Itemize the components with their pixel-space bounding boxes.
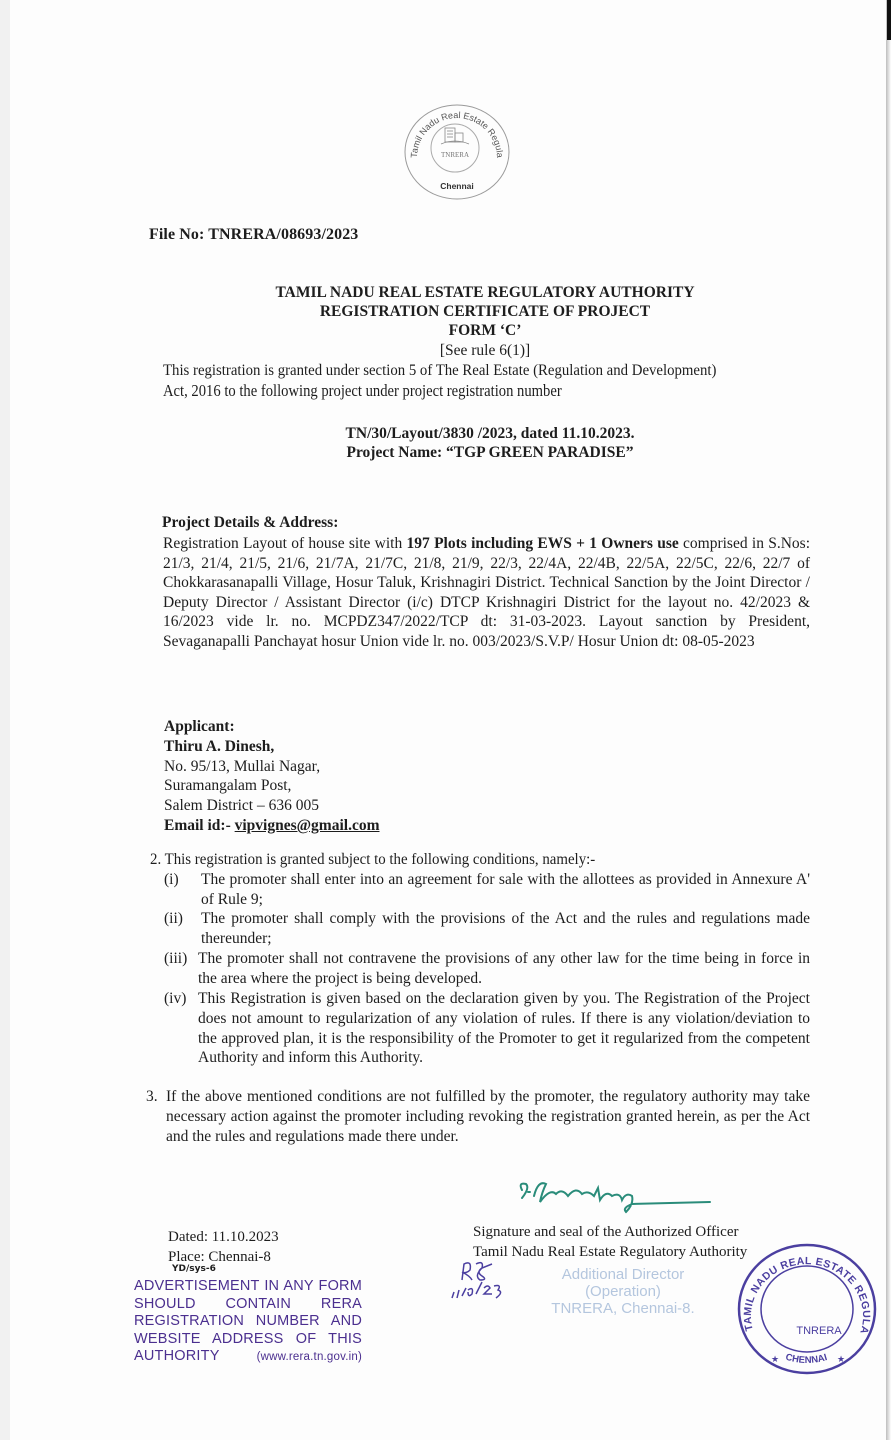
intro-line-2: Act, 2016 to the following project under… [163, 381, 562, 401]
project-details-title: Project Details & Address: [162, 514, 338, 532]
building-icon [441, 128, 469, 144]
condition-text: This Registration is given based on the … [198, 989, 810, 1068]
condition-number: (iv) [164, 989, 186, 1009]
svg-text:Tamil Nadu Real Estate Regulat: Tamil Nadu Real Estate Regulatory Author… [403, 100, 505, 158]
paragraph-number: 3. [146, 1087, 158, 1107]
condition-number: (i) [164, 870, 179, 890]
designation-line: (Operation) [528, 1283, 718, 1300]
star-icon: ★ [771, 1354, 779, 1364]
paragraph-text: If the above mentioned conditions are no… [166, 1087, 810, 1146]
applicant-address-line: Suramangalam Post, [164, 776, 380, 796]
authority-title: TAMIL NADU REAL ESTATE REGULATORY AUTHOR… [140, 284, 830, 302]
designation-line: Additional Director [528, 1266, 718, 1283]
condition-text: The promoter shall enter into an agreeme… [201, 870, 810, 910]
form-title: FORM ‘C’ [140, 322, 830, 340]
condition-number: (ii) [164, 909, 183, 929]
condition-item: (iii) The promoter shall not contravene … [164, 949, 810, 989]
applicant-address-line: Salem District – 636 005 [164, 796, 380, 816]
advert-url: (www.rera.tn.gov.in) [257, 1351, 362, 1363]
officer-signature [510, 1178, 730, 1218]
condition-item: (i) The promoter shall enter into an agr… [164, 870, 810, 910]
advert-line: REGISTRATION NUMBER AND [134, 1313, 362, 1331]
intro-line-1: This registration is granted under secti… [163, 362, 716, 380]
advert-line: WEBSITE ADDRESS OF THIS [134, 1331, 362, 1349]
applicant-address-line: No. 95/13, Mullai Nagar, [164, 757, 380, 777]
date-place-block: Dated: 11.10.2023 Place: Chennai-8 [168, 1227, 279, 1267]
plots-count-bold: 197 Plots including EWS + 1 Owners use [407, 535, 679, 552]
svg-text:TNRERA: TNRERA [441, 151, 469, 159]
project-details-text: Registration Layout of house site with 1… [163, 534, 810, 652]
tnrera-round-seal: TAMIL NADU REAL ESTATE REGULATORY AUTHOR… [733, 1240, 881, 1378]
file-number: File No: TNRERA/08693/2023 [149, 226, 358, 244]
designation-stamp: Additional Director (Operation) TNRERA, … [528, 1266, 718, 1317]
condition-text: The promoter shall comply with the provi… [201, 909, 810, 949]
condition-number: (iii) [164, 949, 187, 969]
condition-text: The promoter shall not contravene the pr… [198, 949, 810, 989]
advertisement-stamp: ADVERTISEMENT IN ANY FORM SHOULD CONTAIN… [134, 1278, 362, 1367]
condition-item: (ii) The promoter shall comply with the … [164, 909, 810, 949]
rule-reference: [See rule 6(1)] [140, 342, 830, 360]
condition-item: (iv) This Registration is given based on… [164, 989, 810, 1068]
svg-text:TNRERA: TNRERA [796, 1325, 842, 1337]
handwritten-initials [448, 1258, 528, 1306]
signature-caption: Signature and seal of the Authorized Off… [473, 1222, 747, 1262]
paragraph-3: 3. If the above mentioned conditions are… [146, 1087, 810, 1146]
applicant-email-link[interactable]: vipvignes@gmail.com [235, 817, 380, 834]
details-text-part: Registration Layout of house site with [163, 535, 407, 552]
designation-line: TNRERA, Chennai-8. [528, 1300, 718, 1317]
reference-code: YD/sys-6 [172, 1264, 216, 1274]
scan-right-edge [886, 0, 891, 1440]
svg-text:Chennai: Chennai [440, 181, 474, 191]
certificate-title: REGISTRATION CERTIFICATE OF PROJECT [140, 303, 830, 321]
details-text-part: comprised in S.Nos: 21/3, 21/4, 21/5, 21… [163, 535, 810, 650]
scan-right-edge-dark [887, 0, 891, 40]
advert-line: ADVERTISEMENT IN ANY FORM [134, 1278, 362, 1296]
tnrera-seal-logo: Tamil Nadu Real Estate Regulatory Author… [403, 100, 511, 200]
applicant-name: Thiru A. Dinesh, [164, 737, 380, 757]
registration-number: TN/30/Layout/3830 /2023, dated 11.10.202… [140, 425, 830, 443]
advert-line: AUTHORITY [134, 1348, 257, 1364]
star-icon: ★ [837, 1354, 845, 1364]
scan-left-margin [0, 0, 10, 1440]
advert-line: SHOULD CONTAIN RERA [134, 1296, 362, 1314]
applicant-label: Applicant: [164, 717, 380, 737]
email-label: Email id:- [164, 817, 235, 834]
project-name: Project Name: “TGP GREEN PARADISE” [140, 444, 830, 462]
signature-caption-line: Signature and seal of the Authorized Off… [473, 1222, 747, 1242]
svg-text:CHENNAI: CHENNAI [784, 1352, 828, 1366]
applicant-block: Applicant: Thiru A. Dinesh, No. 95/13, M… [164, 717, 380, 836]
dated-text: Dated: 11.10.2023 [168, 1227, 279, 1247]
conditions-intro: 2. This registration is granted subject … [150, 851, 595, 869]
